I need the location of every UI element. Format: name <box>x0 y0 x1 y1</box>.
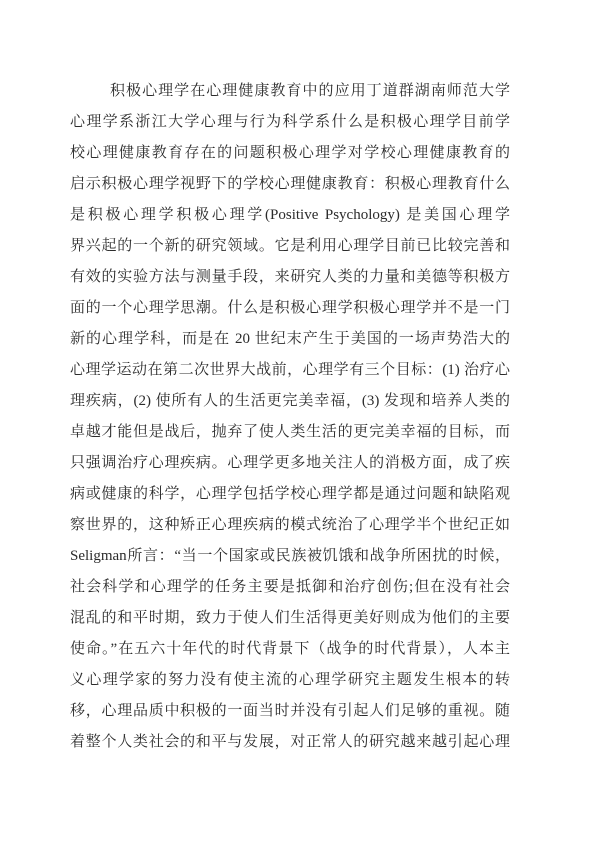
text-line: 社会科学和心理学的任务主要是抵御和治疗创伤;但在没有社会 <box>70 572 510 603</box>
text-line: 卓越才能但是战后，抛弃了使人类生活的更完美幸福的目标，而 <box>70 417 510 448</box>
text-line: 混乱的和平时期，致力于使人们生活得更美好则成为他们的主要 <box>70 603 510 634</box>
text-line: 积极心理学在心理健康教育中的应用丁道群湖南师范大学 <box>70 76 510 107</box>
text-line: 病或健康的科学，心理学包括学校心理学都是通过问题和缺陷观 <box>70 479 510 510</box>
text-line: 只强调治疗心理疾病。心理学更多地关注人的消极方面，成了疾 <box>70 448 510 479</box>
text-line: 察世界的，这种矫正心理疾病的模式统治了心理学半个世纪正如 <box>70 510 510 541</box>
text-line: 心理学运动在第二次世界大战前，心理学有三个目标：(1) 治疗心 <box>70 355 510 386</box>
text-line: 是积极心理学积极心理学(Positive Psychology) 是美国心理学 <box>70 200 510 231</box>
text-line: 使命。”在五六十年代的时代背景下（战争的时代背景），人本主 <box>70 634 510 665</box>
text-line: 校心理健康教育存在的问题积极心理学对学校心理健康教育的 <box>70 138 510 169</box>
document-paragraph: 积极心理学在心理健康教育中的应用丁道群湖南师范大学心理学系浙江大学心理与行为科学… <box>70 76 510 758</box>
text-line: 有效的实验方法与测量手段，来研究人类的力量和美德等积极方 <box>70 262 510 293</box>
text-line: 心理学系浙江大学心理与行为科学系什么是积极心理学目前学 <box>70 107 510 138</box>
text-line: Seligman所言：“当一个国家或民族被饥饿和战争所困扰的时候， <box>70 541 510 572</box>
text-line: 界兴起的一个新的研究领域。它是利用心理学目前已比较完善和 <box>70 231 510 262</box>
text-line: 新的心理学科，而是在 20 世纪末产生于美国的一场声势浩大的 <box>70 324 510 355</box>
text-line: 面的一个心理学思潮。什么是积极心理学积极心理学并不是一门 <box>70 293 510 324</box>
text-line: 移，心理品质中积极的一面当时并没有引起人们足够的重视。随 <box>70 696 510 727</box>
document-page: 积极心理学在心理健康教育中的应用丁道群湖南师范大学心理学系浙江大学心理与行为科学… <box>0 0 600 849</box>
text-line: 着整个人类社会的和平与发展，对正常人的研究越来越引起心理 <box>70 727 510 758</box>
text-line: 理疾病，(2) 使所有人的生活更完美幸福，(3) 发现和培养人类的 <box>70 386 510 417</box>
text-line: 义心理学家的努力没有使主流的心理学研究主题发生根本的转 <box>70 665 510 696</box>
text-line: 启示积极心理学视野下的学校心理健康教育：积极心理教育什么 <box>70 169 510 200</box>
